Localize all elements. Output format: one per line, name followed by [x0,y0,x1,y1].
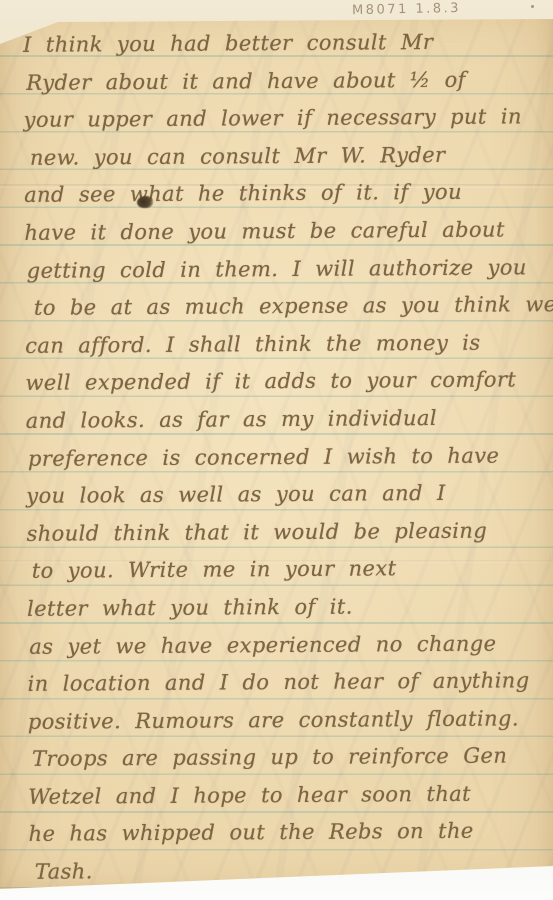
letter-line: in location and I do not hear of anythin… [27,662,550,703]
letter-line: to you. Write me in your next [32,549,550,590]
letter-line: Wetzel and I hope to hear soon that [28,775,551,816]
speck [531,5,534,8]
letter-line: should think that it would be pleasing [26,512,549,553]
letter-body: I think you had better consult Mr Ryder … [23,23,552,891]
letter-line: your upper and lower if necessary put in [24,98,547,139]
letter-line: as yet we have experienced no change [29,625,550,666]
letter-line: letter what you think of it. [27,587,550,628]
letter-line: I think you had better consult Mr [23,23,546,64]
letter-line: Ryder about it and have about ½ of [26,61,546,102]
letter-line: and looks. as far as my individual [26,399,549,440]
letter-line: well expended if it adds to your comfort [25,362,548,403]
letter-page: I think you had better consult Mr Ryder … [0,0,553,900]
letter-line: preference is concerned I wish to have [28,437,549,478]
letter-line: to be at as much expense as you think we [34,286,548,327]
letter-line: and see what he thinks of it. if you [24,174,547,215]
letter-scan: M8071 1.8.3 I think you had better consu… [0,0,553,900]
letter-line: new. you can consult Mr W. Ryder [30,136,547,177]
letter-line: Tash. [35,850,552,891]
letter-line: you look as well as you can and I [26,474,549,515]
letter-line: positive. Rumours are constantly floatin… [28,700,551,741]
letter-line: Troops are passing up to reinforce Gen [32,737,551,778]
letter-line: getting cold in them. I will authorize y… [27,249,548,290]
letter-line: have it done you must be careful about [24,211,547,252]
letter-line: can afford. I shall think the money is [25,324,548,365]
letter-line: he has whipped out the Rebs on the [28,813,551,854]
ink-blot [137,196,153,208]
catalog-mark: M8071 1.8.3 [352,1,461,18]
